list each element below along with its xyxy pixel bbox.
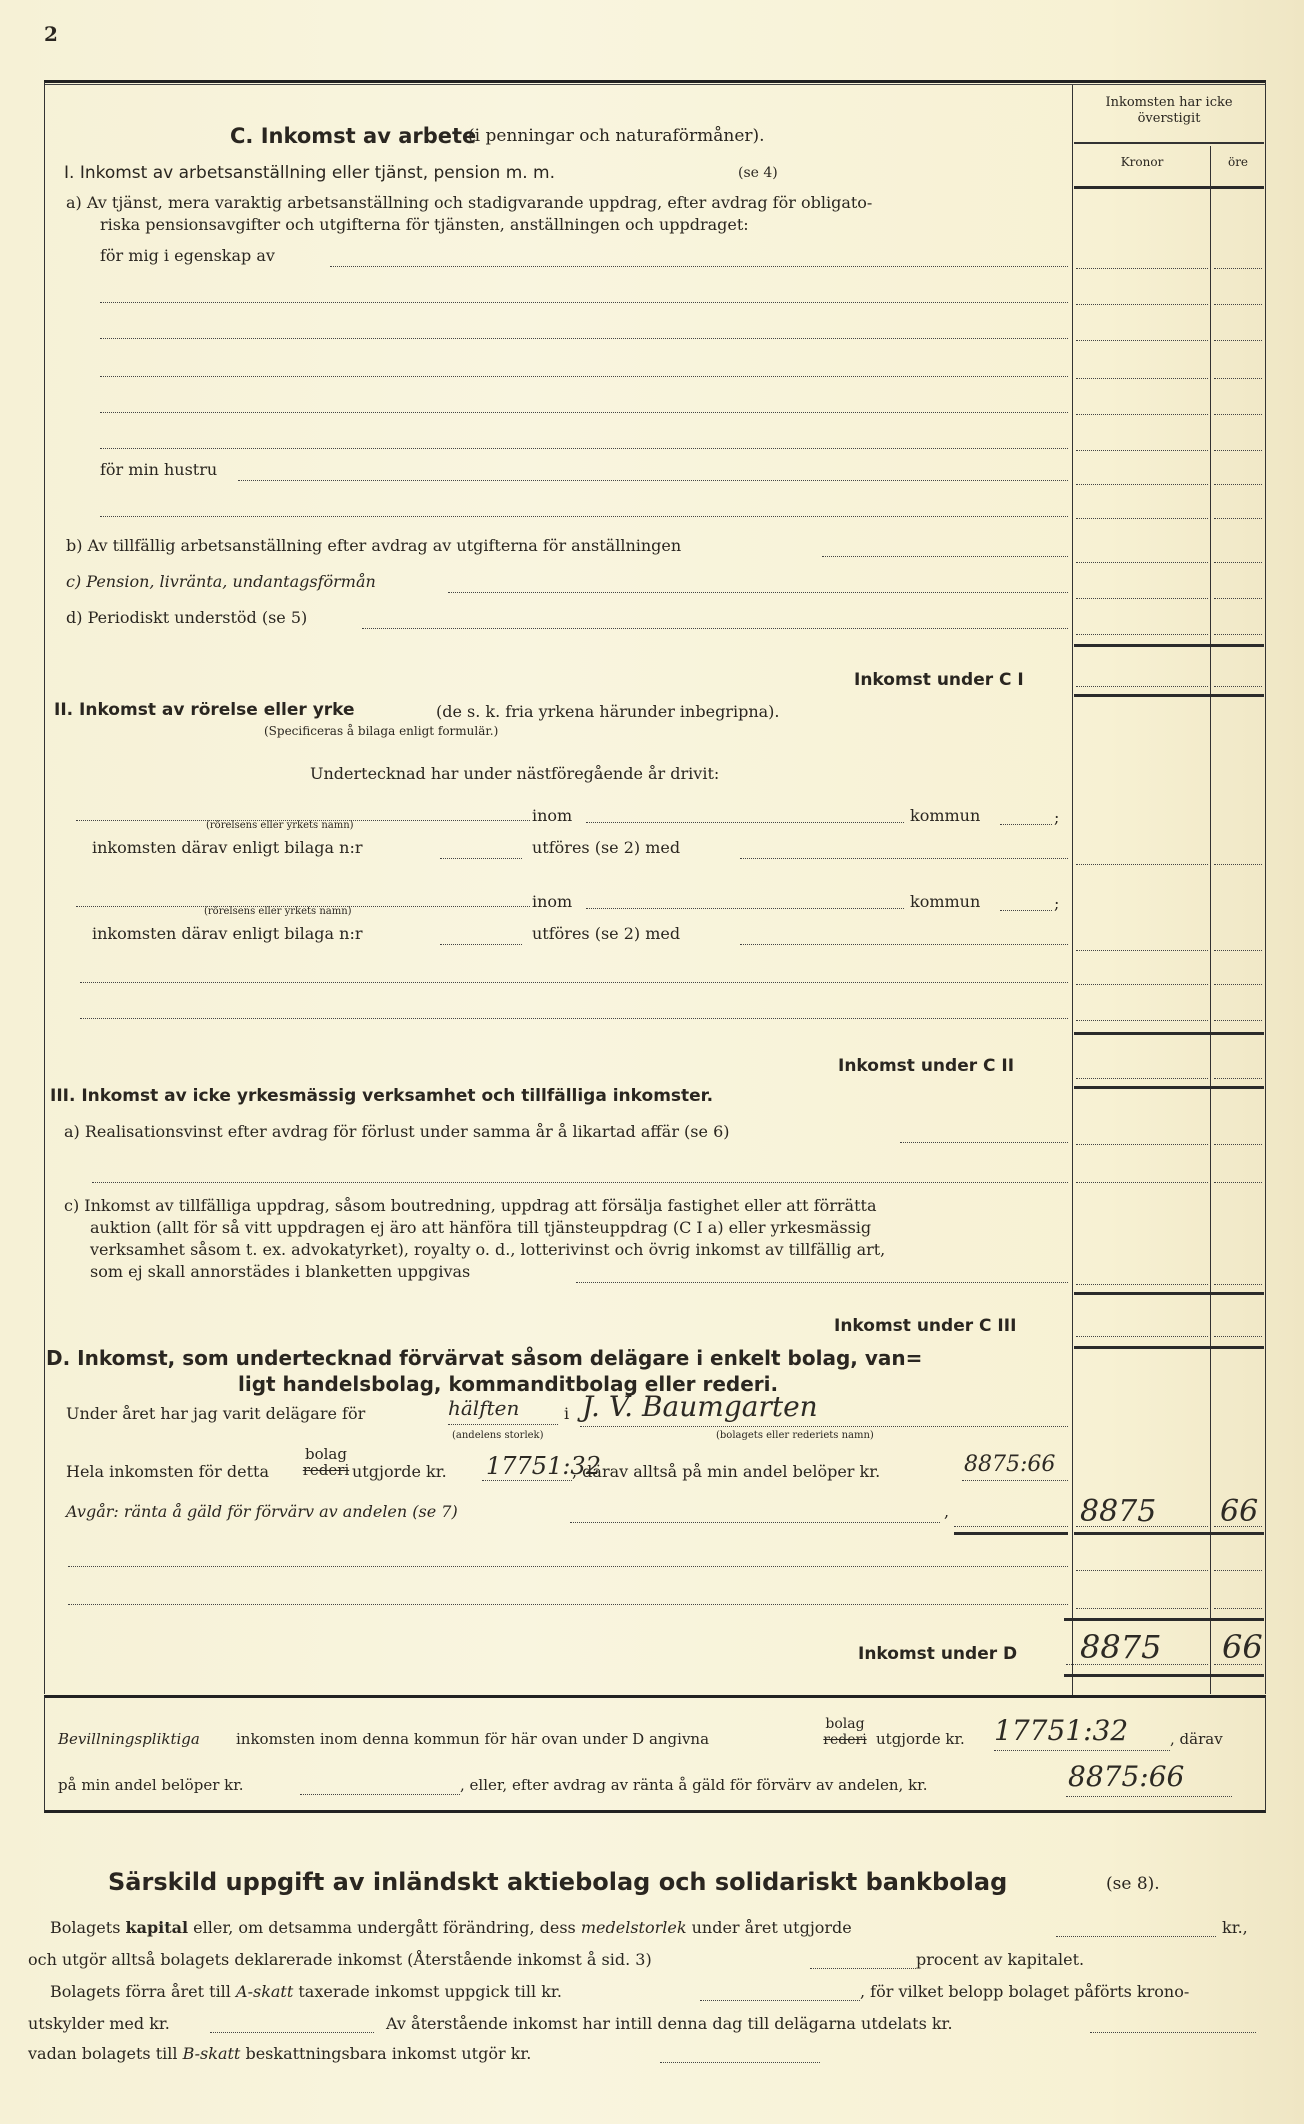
kronor-field[interactable]	[1076, 484, 1208, 485]
section-c-subtitle: (i penningar och naturaförmåner).	[468, 126, 765, 146]
ore-field[interactable]	[1214, 950, 1262, 951]
part-iii-c-line2: auktion (allt för så vitt uppdragen ej ä…	[90, 1218, 871, 1237]
share-amount-input	[962, 1480, 1068, 1481]
ore-field[interactable]	[1214, 634, 1262, 635]
text: beskattningsbara inkomst utgör kr.	[245, 2044, 531, 2063]
kronor-field[interactable]	[1076, 634, 1208, 635]
kronor-field[interactable]	[1076, 450, 1208, 451]
occupation-line-6[interactable]	[100, 448, 1068, 449]
leader-dots	[740, 944, 1068, 945]
text: A-skatt	[236, 1982, 293, 2001]
total-prefix: Hela inkomsten för detta	[66, 1462, 269, 1481]
part-i-title: I. Inkomst av arbetsanställning eller tj…	[64, 163, 555, 183]
municipality-input-1[interactable]	[586, 822, 904, 823]
bevillning-line2-mid: , eller, efter avdrag av ränta å gäld fö…	[460, 1776, 927, 1794]
semicolon: ;	[1054, 808, 1059, 827]
kronor-field[interactable]	[1076, 1182, 1208, 1183]
divider	[1074, 186, 1264, 189]
kronor-field[interactable]	[1076, 304, 1208, 305]
leader-dots	[822, 556, 1068, 557]
share-amount-value[interactable]: 8875:66	[964, 1452, 1055, 1477]
part-ii-note: (Specificeras å bilaga enligt formulär.)	[264, 724, 498, 738]
ore-header: öre	[1212, 155, 1264, 169]
ore-field[interactable]	[1214, 304, 1262, 305]
ore-field[interactable]	[1214, 1144, 1262, 1145]
kronoutskylder-input[interactable]	[210, 2032, 374, 2033]
share-text: , därav alltså på min andel belöper kr.	[572, 1462, 880, 1481]
divider	[1074, 142, 1264, 144]
ore-field[interactable]	[1214, 1570, 1262, 1571]
page-number: 2	[44, 22, 58, 46]
ore-field[interactable]	[1214, 450, 1262, 451]
kronor-field[interactable]	[1076, 950, 1208, 951]
owner-prefix: Under året har jag varit delägare för	[66, 1404, 365, 1423]
divider	[1064, 1674, 1264, 1677]
total-c-iii-label: Inkomst under C III	[834, 1316, 1016, 1336]
text: kapital	[126, 1918, 189, 1937]
business-name-caption: (rörelsens eller yrkets namn)	[206, 820, 354, 831]
occupation-input[interactable]	[330, 266, 1068, 267]
kronor-field[interactable]	[1076, 1570, 1208, 1571]
share-input	[448, 1424, 558, 1425]
deduct-ore[interactable]: 66	[1220, 1494, 1258, 1529]
ore-field[interactable]	[1214, 1020, 1262, 1021]
section-d-title-line1: D. Inkomst, som undertecknad förvärvat s…	[46, 1346, 922, 1370]
total-c-ii-label: Inkomst under C II	[838, 1056, 1014, 1076]
part-iii-title: III. Inkomst av icke yrkesmässig verksam…	[50, 1086, 713, 1106]
in-word: i	[564, 1404, 569, 1423]
section-c-title: C. Inkomst av arbete	[230, 124, 476, 148]
kr-label: kr.,	[1222, 1918, 1248, 1937]
deduct-kronor[interactable]: 8875	[1080, 1494, 1156, 1529]
kronor-field[interactable]	[1076, 562, 1208, 563]
ore-field[interactable]	[1214, 340, 1262, 341]
leader-dots	[740, 858, 1068, 859]
leader-dots	[570, 1522, 940, 1523]
leader-dots	[362, 628, 1068, 629]
share-caption: (andelens storlek)	[452, 1430, 544, 1441]
divider	[1074, 644, 1264, 647]
ore-field[interactable]	[1214, 518, 1262, 519]
ab-line4-prefix: utskylder med kr.	[28, 2014, 170, 2033]
kronor-field[interactable]	[1076, 984, 1208, 985]
kronor-field[interactable]	[1076, 1284, 1208, 1285]
divider	[1074, 1292, 1264, 1295]
percent-input[interactable]	[810, 1968, 916, 1969]
divider	[1074, 1346, 1264, 1349]
ore-field	[1214, 1526, 1262, 1527]
frac-bottom: rederi	[302, 1462, 350, 1478]
part-i-a-line1: a) Av tjänst, mera varaktig arbetsanstäl…	[66, 193, 872, 212]
kronor-field[interactable]	[1076, 414, 1208, 415]
divider	[954, 1532, 1068, 1535]
part-iii-b-line[interactable]	[92, 1182, 1068, 1183]
part-ii-subtitle: (de s. k. fria yrkena härunder inbegripn…	[436, 702, 779, 721]
attachment-number-input-2[interactable]	[440, 944, 522, 945]
ore-field[interactable]	[1214, 484, 1262, 485]
kronor-field[interactable]	[1076, 340, 1208, 341]
ab-line3-end: , för vilket belopp bolaget påförts kron…	[860, 1982, 1189, 2001]
bolag-rederi-fraction: bolag rederi	[820, 1716, 870, 1748]
aktiebolag-title: Särskild uppgift av inländskt aktiebolag…	[108, 1868, 1007, 1896]
occupation-line-4[interactable]	[100, 376, 1068, 377]
text: eller, om detsamma undergått förändring,…	[193, 1918, 576, 1937]
utgjorde-label: utgjorde kr.	[876, 1730, 965, 1748]
amount-column	[1072, 85, 1264, 1695]
total-c-i-ore[interactable]	[1214, 686, 1262, 687]
bevillning-line2-prefix: på min andel belöper kr.	[58, 1776, 244, 1794]
extra-line-d-2[interactable]	[68, 1604, 1068, 1605]
part-iii-c-line3: verksamhet såsom t. ex. advokatyrket), r…	[90, 1240, 885, 1259]
b-skatt-income-input[interactable]	[660, 2062, 820, 2063]
distributed-input[interactable]	[1090, 2032, 1256, 2033]
deduct-input[interactable]	[954, 1526, 1068, 1527]
tax-form-page: 2 Inkomsten har icke överstigit Kronor ö…	[0, 0, 1304, 2124]
text: vadan bolagets till	[28, 2044, 178, 2063]
ore-field[interactable]	[1214, 1182, 1262, 1183]
extra-line-1[interactable]	[80, 982, 1068, 983]
ab-line2: och utgör alltså bolagets deklarerade in…	[28, 1950, 652, 1969]
ab-line5: vadan bolagets till B-skatt beskattnings…	[28, 2044, 531, 2063]
kommun-label: kommun	[910, 806, 980, 825]
ore-field	[1214, 1664, 1262, 1665]
comma: ,	[944, 1502, 949, 1521]
kronor-ore-divider	[1210, 146, 1211, 1694]
wife-occupation-line-2[interactable]	[100, 516, 1068, 517]
leader-dots	[900, 1142, 1068, 1143]
total-c-ii-ore[interactable]	[1214, 1078, 1262, 1079]
percent-label: procent av kapitalet.	[916, 1950, 1084, 1969]
text: B-skatt	[183, 2044, 241, 2063]
extra-line-2[interactable]	[80, 1018, 1068, 1019]
income-line-label: inkomsten därav enligt bilaga n:r	[92, 838, 363, 857]
company-caption: (bolagets eller rederiets namn)	[716, 1430, 874, 1441]
ore-field[interactable]	[1214, 378, 1262, 379]
bevillning-total-input	[994, 1750, 1170, 1751]
divider	[1074, 1532, 1264, 1535]
kronor-field[interactable]	[1076, 1608, 1208, 1609]
text: Bolagets	[50, 1918, 120, 1937]
ab-line3: Bolagets förra året till A-skatt taxerad…	[50, 1982, 562, 2001]
company-name-input	[580, 1426, 1068, 1427]
company-name-value[interactable]: J. V. Baumgarten	[582, 1390, 818, 1423]
business-name-caption: (rörelsens eller yrkets namn)	[204, 906, 352, 917]
ore-field[interactable]	[1214, 984, 1262, 985]
kronor-field[interactable]	[1076, 598, 1208, 599]
ore-field[interactable]	[1214, 1608, 1262, 1609]
capital-input[interactable]	[1056, 1936, 1216, 1937]
ore-field[interactable]	[1214, 864, 1262, 865]
attachment-number-input-1[interactable]	[440, 858, 522, 859]
text: taxerade inkomst uppgick till kr.	[298, 1982, 562, 2001]
part-iii-c-line4: som ej skall annorstädes i blanketten up…	[90, 1262, 470, 1281]
bolag-rederi-fraction: bolag rederi	[302, 1446, 350, 1478]
kronor-field[interactable]	[1076, 864, 1208, 865]
leader-dots	[576, 1282, 1068, 1283]
part-ii-intro: Undertecknad har under nästföregående år…	[310, 764, 719, 783]
ore-field[interactable]	[1214, 414, 1262, 415]
utgjorde-label: utgjorde kr.	[352, 1462, 447, 1481]
utfores-label: utföres (se 2) med	[532, 924, 680, 943]
kronor-field[interactable]	[1076, 518, 1208, 519]
total-d-label: Inkomst under D	[858, 1644, 1017, 1664]
total-c-iii-ore[interactable]	[1214, 1336, 1262, 1337]
bevillning-net-input	[1066, 1796, 1232, 1797]
text: under året utgjorde	[692, 1918, 852, 1937]
part-i-a-line2: riska pensionsavgifter och utgifterna fö…	[100, 215, 749, 234]
part-iii-c-line1: c) Inkomst av tillfälliga uppdrag, såsom…	[64, 1196, 876, 1215]
divider	[1064, 1618, 1264, 1621]
occupation-line-5[interactable]	[100, 412, 1068, 413]
ab-line1: Bolagets kapital eller, om detsamma unde…	[50, 1918, 852, 1937]
total-c-i-label: Inkomst under C I	[854, 670, 1024, 690]
total-d-ore[interactable]: 66	[1222, 1628, 1263, 1666]
share-amount-input[interactable]	[300, 1794, 460, 1795]
ore-field[interactable]	[1214, 562, 1262, 563]
deduct-label: Avgår: ränta å gäld för förvärv av andel…	[66, 1502, 458, 1521]
municipality-input-2[interactable]	[586, 908, 904, 909]
occupation-line-3[interactable]	[100, 338, 1068, 339]
kronor-field	[1066, 1664, 1208, 1665]
kommun-suffix-input[interactable]	[1000, 824, 1052, 825]
wife-occupation-input[interactable]	[238, 480, 1068, 481]
kronor-field[interactable]	[1076, 268, 1208, 269]
divider	[1074, 694, 1264, 697]
bevillning-prefix: Bevillningspliktiga	[58, 1730, 200, 1748]
occupation-line-2[interactable]	[100, 302, 1068, 303]
bevillning-line1: inkomsten inom denna kommun för här ovan…	[236, 1730, 709, 1748]
text: medelstorlek	[581, 1918, 687, 1937]
total-d-kronor[interactable]: 8875	[1080, 1628, 1161, 1666]
total-c-i-kronor[interactable]	[1076, 686, 1208, 687]
a-skatt-income-input[interactable]	[700, 2000, 860, 2001]
kronor-header: Kronor	[1074, 155, 1210, 169]
for-me-label: för mig i egenskap av	[100, 246, 275, 265]
kronor-field[interactable]	[1076, 378, 1208, 379]
ore-field[interactable]	[1214, 598, 1262, 599]
leader-dots	[448, 592, 1068, 593]
part-i-b: b) Av tillfällig arbetsanställning efter…	[66, 536, 681, 555]
utfores-label: utföres (se 2) med	[532, 838, 680, 857]
part-i-ref: (se 4)	[738, 165, 778, 181]
kronor-field	[1076, 1526, 1208, 1527]
extra-line-d-1[interactable]	[68, 1566, 1068, 1567]
ore-field[interactable]	[1214, 1284, 1262, 1285]
divider	[1074, 1086, 1264, 1089]
text: Bolagets förra året till	[50, 1982, 231, 2001]
bevillning-total-value[interactable]: 17751:32	[994, 1714, 1128, 1747]
share-value[interactable]: hälften	[448, 1396, 519, 1420]
part-iii-a: a) Realisationsvinst efter avdrag för fö…	[64, 1122, 729, 1141]
aktiebolag-ref: (se 8).	[1106, 1874, 1160, 1894]
bevillning-net-value[interactable]: 8875:66	[1068, 1760, 1184, 1793]
part-i-d: d) Periodiskt understöd (se 5)	[66, 608, 307, 627]
income-line-label: inkomsten därav enligt bilaga n:r	[92, 924, 363, 943]
kommun-suffix-input[interactable]	[1000, 910, 1052, 911]
divider	[1074, 1032, 1264, 1035]
total-c-iii-kronor[interactable]	[1076, 1336, 1208, 1337]
part-i-c: c) Pension, livränta, undantagsförmån	[66, 572, 376, 591]
kommun-label: kommun	[910, 892, 980, 911]
frac-top: bolag	[302, 1446, 350, 1462]
frac-bottom: rederi	[820, 1732, 870, 1748]
inom-label: inom	[532, 892, 572, 911]
kronor-field[interactable]	[1076, 1020, 1208, 1021]
amount-column-header: Inkomsten har icke överstigit	[1074, 95, 1264, 127]
part-ii-title: II. Inkomst av rörelse eller yrke	[54, 700, 355, 720]
inom-label: inom	[532, 806, 572, 825]
ore-field[interactable]	[1214, 268, 1262, 269]
kronor-field[interactable]	[1076, 1144, 1208, 1145]
frac-top: bolag	[820, 1716, 870, 1732]
total-c-ii-kronor[interactable]	[1076, 1078, 1208, 1079]
darav-label: , därav	[1170, 1730, 1223, 1748]
company-total-input	[482, 1480, 572, 1481]
for-wife-label: för min hustru	[100, 460, 217, 479]
ab-line4-mid: Av återstående inkomst har intill denna …	[386, 2014, 953, 2033]
semicolon: ;	[1054, 894, 1059, 913]
